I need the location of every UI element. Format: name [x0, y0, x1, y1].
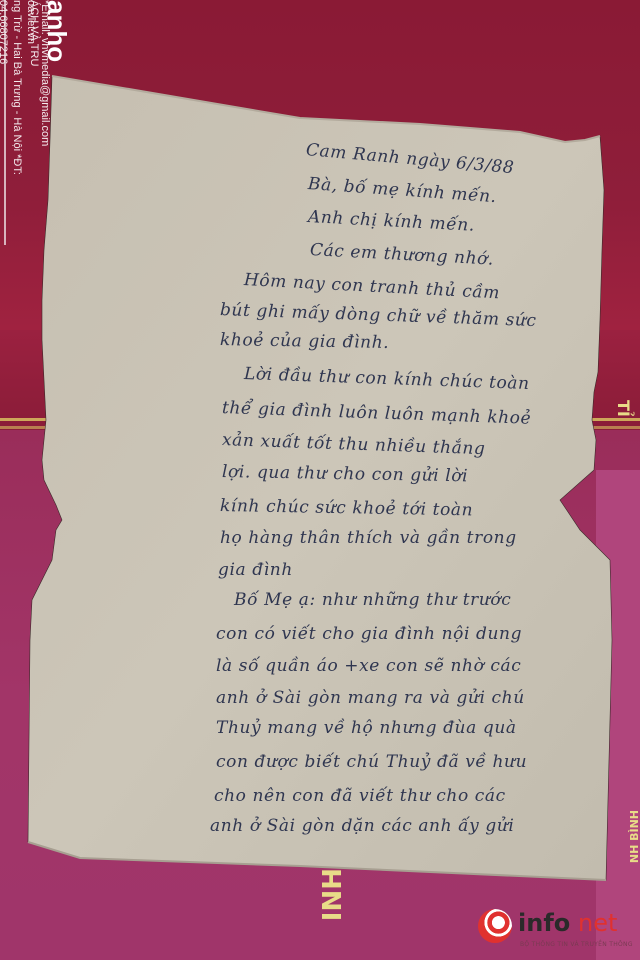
letter-line-greeting-1: Bà, bố mẹ kính mến.: [307, 174, 497, 207]
letter-line: anh ở Sài gòn mang ra và gửi chú: [216, 688, 525, 708]
letter-line: cho nên con đã viết thư cho các: [214, 786, 506, 806]
letter-line: kính chúc sức khoẻ tới toàn: [220, 496, 473, 520]
letter-line: con có viết cho gia đình nội dung: [216, 624, 522, 644]
letter-handwriting: Cam Ranh ngày 6/3/88 Bà, bố mẹ kính mến.…: [0, 0, 640, 960]
letter-line: họ hàng thân thích và gần trong: [220, 528, 517, 548]
infonet-globe-icon: [478, 909, 512, 943]
letter-line: Lời đầu thư con kính chúc toàn: [244, 364, 530, 394]
infonet-watermark: info net BỘ THÔNG TIN VÀ TRUYỀN THÔNG: [478, 905, 638, 955]
letter-line: là số quần áo +xe con sẽ nhờ các: [216, 656, 521, 676]
letter-line: Bố Mẹ ạ: như những thư trước: [234, 590, 511, 610]
infonet-brand-bold: info: [518, 909, 570, 937]
letter-line-greeting-3: Các em thương nhớ.: [309, 240, 494, 270]
infonet-brand-light: net: [578, 909, 617, 937]
letter-line: lợi. qua thư cho con gửi lời: [222, 462, 469, 486]
letter-line-greeting-2: Anh chị kính mến.: [307, 207, 475, 236]
letter-line: anh ở Sài gòn dặn các anh ấy gửi: [210, 816, 514, 836]
letter-line: thể gia đình luôn luôn mạnh khoẻ: [222, 398, 532, 429]
infonet-tagline: BỘ THÔNG TIN VÀ TRUYỀN THÔNG: [520, 941, 633, 948]
letter-line-date: Cam Ranh ngày 6/3/88: [305, 140, 515, 178]
letter-line: con được biết chú Thuỷ đã về hưu: [216, 752, 527, 772]
letter-line: xản xuất tốt thu nhiều thắng: [222, 430, 486, 459]
letter-line: Hôm nay con tranh thủ cầm: [243, 270, 500, 303]
letter-line: bút ghi mấy dòng chữ về thăm sức: [220, 300, 537, 331]
letter-line: khoẻ của gia đình.: [220, 330, 390, 353]
letter-line: gia đình: [218, 560, 293, 580]
letter-line: Thuỷ mang về hộ nhưng đùa quà: [216, 718, 517, 738]
